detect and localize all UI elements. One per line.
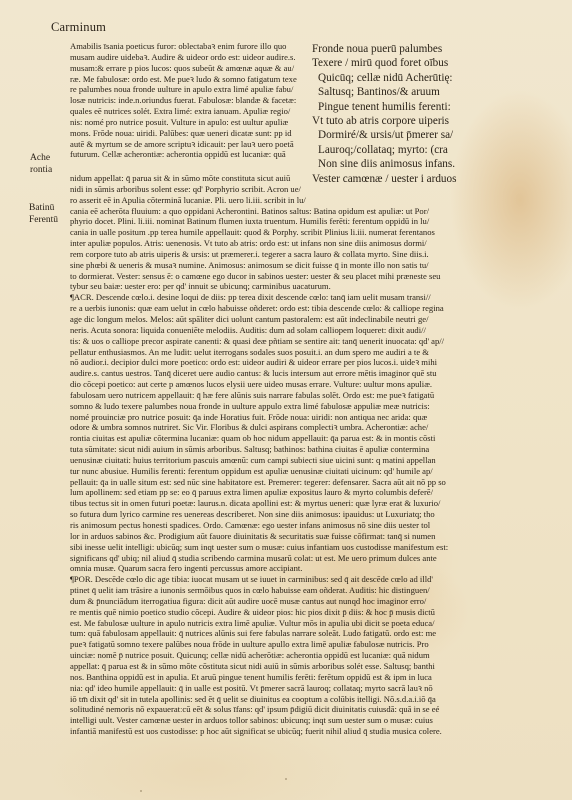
- ode-verse: Pingue tenent humilis ferenti:: [312, 100, 567, 114]
- commentary-line: tur nunc abusiue. Humilis ferenti: feren…: [70, 466, 560, 477]
- commentary-line: nia: qd' ideo humile appellauit: q̄ in u…: [70, 683, 560, 694]
- manuscript-page: Carminum Ache rontia Batinū Ferentū Amab…: [0, 0, 572, 800]
- commentary-line: age dic longum melos. Melos: aūt spālite…: [70, 314, 560, 325]
- margin-note-line: rontia: [30, 164, 52, 176]
- commentary-line: pueꝛ fatigatū somno texere palūbes noua …: [70, 639, 560, 650]
- margin-note-line: Ache: [30, 152, 52, 164]
- commentary-line: neris. Acuta sonora: liquida conueniēte …: [70, 325, 560, 336]
- commentary-line: futurum. Cellæ acherontiæ: acherontia op…: [70, 149, 308, 160]
- commentary-line: intelligi uult. Vester camœnæ uester in …: [70, 715, 560, 726]
- commentary-line: re palumbes noua fronde uulture in apulo…: [70, 84, 308, 95]
- commentary-line: rontia ciuitas est apuliæ cōtermina luca…: [70, 433, 560, 444]
- commentary-line: tum: quā fabulosam appellauit: q̄ nutric…: [70, 628, 560, 639]
- commentary-line: tybur seu baiæ: uester ero: per qd' innu…: [70, 281, 560, 292]
- commentary-line: tibus tectus sit in omen futuri poetæ: l…: [70, 498, 560, 509]
- commentary-line: ris animosum pectus honesti spadices. Or…: [70, 520, 560, 531]
- commentary-line: somno & ludo texere palumbes noua fronde…: [70, 401, 560, 412]
- paper-speck: [140, 790, 142, 792]
- commentary-line: uinciæ: nomē p̄ nutrice posuit. Quicunq;…: [70, 650, 560, 661]
- commentary-line: sibi inesse uelit intelligi: ubicūq; sum…: [70, 542, 560, 553]
- commentary-line: Amabilis īsania poeticus furor: oblectab…: [70, 41, 308, 52]
- commentary-line: tuta sūmitate: sicut nidi auium in sūmis…: [70, 444, 560, 455]
- commentary-line: musam:& errare p pios lucos: quos subeūt…: [70, 63, 308, 74]
- commentary-line: lum apollinem: sed etiam pp se: eo q̄ pa…: [70, 487, 560, 498]
- commentary-line: losæ nutricis: inde.n.oriundus fuerat. F…: [70, 95, 308, 106]
- commentary-line: re mentis quē nimio poetico studio cōcep…: [70, 607, 560, 618]
- commentary-line: est. Me fabulosæ uulture in apulo nutric…: [70, 618, 560, 629]
- commentary-line: iō tm̄ dixit qd' sit in tutela apollinis…: [70, 694, 560, 705]
- commentary-line: quales eē nutrices solét. Extra limé: ex…: [70, 106, 308, 117]
- ode-verse: Saltusq; Bantinos/& aruum: [312, 85, 567, 99]
- ode-verse: Vt tuto ab atris corpore uiperis: [312, 114, 567, 128]
- commentary-line: mons. Frōde noua: uiridi. Palūbes: quæ u…: [70, 128, 308, 139]
- commentary-line: uenusinæ ciuitati: huius territorium pas…: [70, 455, 560, 466]
- ode-verse: Dormiré/& ursis/ut p̄merer sa/: [312, 128, 567, 142]
- commentary-line: pellatur enthusiasmos. An me ludit: uelu…: [70, 347, 560, 358]
- commentary-line: fabulosam uero nutricem appellauit: q̄ h…: [70, 390, 560, 401]
- commentary-line: rem corpore tuto ab atris uiperis & ursi…: [70, 249, 560, 260]
- commentary-line: tis: & uos o calliope precor aspirate ca…: [70, 336, 560, 347]
- commentary-line: inter apuliæ populos. Atris: uenenosis. …: [70, 238, 560, 249]
- commentary-line: re a uerbis iunonis: quæ eam uelut in cœ…: [70, 303, 560, 314]
- ode-verse: Fronde noua puerū palumbes: [312, 42, 567, 56]
- commentary-paragraph-acr: ¶ACR. Descende cœlo.i. desine loqui de d…: [70, 292, 560, 303]
- commentary-line: omnia musæ. Quarum sacra fero ingenti pe…: [70, 563, 560, 574]
- commentary-line: ptinet q̄ uelit iam trāsire a iunonis se…: [70, 585, 560, 596]
- ode-verse: Lauroq;/collataq; myrto: (cra: [312, 143, 567, 157]
- margin-note-acherontia: Ache rontia: [30, 152, 52, 176]
- commentary-line: nomé prouinciæ pro nutrice posuit: q̄a i…: [70, 412, 560, 423]
- commentary-line: cania eē acherōta fluuium: a quo oppidan…: [70, 206, 560, 217]
- margin-note-batinum-ferentum: Batinū Ferentū: [29, 202, 58, 226]
- ode-verse-column: Fronde noua puerū palumbes Texere / mirū…: [312, 42, 567, 186]
- commentary-full-width: nidum appellat: q̄ parua sit & in sūmo m…: [70, 173, 560, 737]
- commentary-line: sine phœbi & ueneris & musaꝛ numine. Ani…: [70, 260, 560, 271]
- margin-note-line: Ferentū: [29, 214, 58, 226]
- commentary-line: infantiā manifestū est uos custodisse: p…: [70, 726, 560, 737]
- commentary-paragraph-por: ¶POR. Descēde cœlo dic age tibia: iuocat…: [70, 574, 560, 585]
- commentary-line: dum & p̄nunciādum iterrogatiua figura: d…: [70, 596, 560, 607]
- commentary-line: significans qd' ubiq; nil aliud q̄ studi…: [70, 553, 560, 564]
- commentary-line: nō audior.i. decipior dulci more poetico…: [70, 357, 560, 368]
- commentary-line: ræ. Me fabulosæ: ordo est. Me pueꝛ ludo …: [70, 74, 308, 85]
- commentary-line: cania in ualle positum .pp terea humile …: [70, 227, 560, 238]
- commentary-line: nidi in sūmis arboribus solent esse: qd'…: [70, 184, 308, 195]
- commentary-line: ro asserit eē in Apulia cōterminā lucani…: [70, 195, 308, 206]
- commentary-line: phyrio docet. Plini. li.iii. nominat Bat…: [70, 216, 560, 227]
- margin-note-line: Batinū: [29, 202, 58, 214]
- commentary-top-column: Amabilis īsania poeticus furor: oblectab…: [70, 41, 308, 160]
- commentary-line: odore & umbra somnos nutriret. Sic Vir. …: [70, 422, 560, 433]
- commentary-line: audire.s. cantus uestros. Tanq̄ diceret …: [70, 368, 560, 379]
- running-head: Carminum: [51, 20, 106, 35]
- commentary-line: lor in arduos sabinos &c. Prodigium aūt …: [70, 531, 560, 542]
- commentary-line: solitudiné nemoris nō expaueratːcū eēt &…: [70, 704, 560, 715]
- commentary-line: musam audire uidebaꝛ. Audire & uideor or…: [70, 52, 308, 63]
- commentary-line: dio cōcepi poetico: aut certe p amœnos l…: [70, 379, 560, 390]
- commentary-line: nidum appellat: q̄ parua sit & in sūmo m…: [70, 173, 308, 184]
- commentary-line: pellauit: q̄a in ualle situm est: sed nū…: [70, 477, 560, 488]
- paper-speck: [285, 778, 287, 780]
- commentary-line: to dormierat. Vester: sensus ē: o camœne…: [70, 271, 560, 282]
- commentary-line: so futura dum lyrico carmine res uenerea…: [70, 509, 560, 520]
- commentary-line: nos. Banthina oppidū est in apulia. Et a…: [70, 672, 560, 683]
- commentary-line: appellat: q̄ parua est & in sūmo mōte cō…: [70, 661, 560, 672]
- commentary-line: nis: nomé pro nutrice posuit. Vulture in…: [70, 117, 308, 128]
- ode-verse: Quicūq; cellæ nidū Acherūtię:: [312, 71, 567, 85]
- commentary-line: autē & myrtum se de amore scriptuꝛ idica…: [70, 139, 308, 150]
- ode-verse: Non sine diis animosus infans.: [312, 157, 567, 171]
- ode-verse: Texere / mirū quod foret oībus: [312, 56, 567, 70]
